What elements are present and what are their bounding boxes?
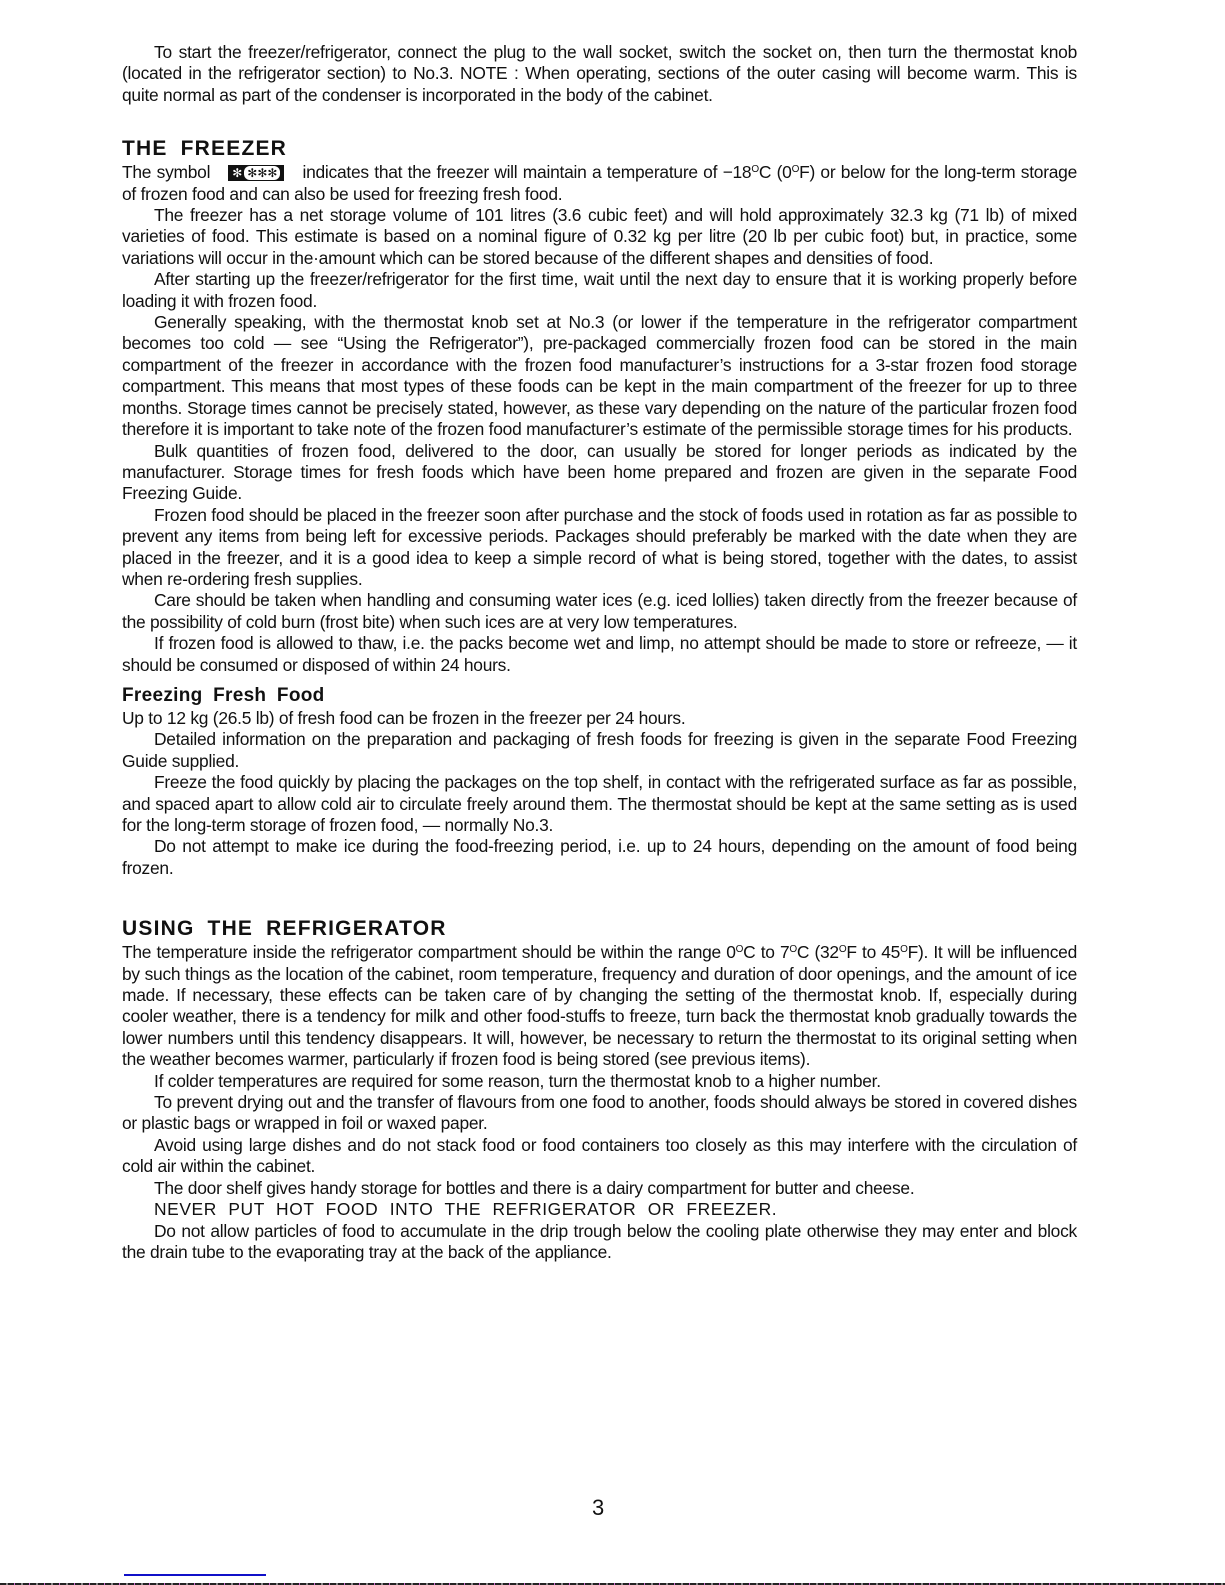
hot-food-warning: NEVER PUT HOT FOOD INTO THE REFRIGERATOR… <box>122 1199 1077 1220</box>
freezer-paragraph: Frozen food should be placed in the free… <box>122 505 1077 591</box>
section-heading-freezer: THE FREEZER <box>122 136 1077 162</box>
freezer-four-star-icon: ✻✻✻✻ <box>228 165 284 181</box>
section-heading-refrigerator: USING THE REFRIGERATOR <box>122 916 1077 942</box>
lead-text: F to 45 <box>846 942 900 962</box>
refrigerator-paragraph: To prevent drying out and the transfer o… <box>122 1092 1077 1135</box>
refrigerator-paragraph: If colder temperatures are required for … <box>122 1071 1077 1092</box>
scan-artifact-line <box>124 1574 266 1576</box>
subsection-heading-freezing-fresh-food: Freezing Fresh Food <box>122 684 1077 708</box>
symbol-text: C (0 <box>759 162 792 182</box>
degree-sign: O <box>789 944 797 955</box>
refrigerator-paragraph: Avoid using large dishes and do not stac… <box>122 1135 1077 1178</box>
symbol-prefix-text: The symbol <box>122 162 210 182</box>
freezer-paragraph: Bulk quantities of frozen food, delivere… <box>122 441 1077 505</box>
page-number: 3 <box>592 1495 604 1521</box>
refrigerator-lead: The temperature inside the refrigerator … <box>122 942 1077 1070</box>
manual-page: To start the freezer/refrigerator, conne… <box>122 42 1077 1263</box>
refrigerator-paragraph: The door shelf gives handy storage for b… <box>122 1178 1077 1199</box>
fresh-food-paragraph: Detailed information on the preparation … <box>122 729 1077 772</box>
big-star-icon: ✻ <box>232 166 242 180</box>
three-star-icon: ✻✻✻ <box>244 166 280 180</box>
symbol-paragraph: The symbol✻✻✻✻indicates that the freezer… <box>122 162 1077 205</box>
freezer-paragraph: Care should be taken when handling and c… <box>122 590 1077 633</box>
freezer-paragraph: The freezer has a net storage volume of … <box>122 205 1077 269</box>
fresh-food-lead: Up to 12 kg (26.5 lb) of fresh food can … <box>122 708 1077 729</box>
fresh-food-paragraph: Freeze the food quickly by placing the p… <box>122 772 1077 836</box>
lead-text: C (32 <box>797 942 839 962</box>
lead-text: The temperature inside the refrigerator … <box>122 942 736 962</box>
symbol-text: indicates that the freezer will maintain… <box>302 162 751 182</box>
degree-sign: O <box>751 164 759 175</box>
freezer-paragraph: After starting up the freezer/refrigerat… <box>122 269 1077 312</box>
refrigerator-final-paragraph: Do not allow particles of food to accumu… <box>122 1221 1077 1264</box>
freezer-paragraph: Generally speaking, with the thermostat … <box>122 312 1077 440</box>
lead-text: C to 7 <box>743 942 789 962</box>
degree-sign: O <box>792 164 800 175</box>
degree-sign: O <box>900 944 908 955</box>
fresh-food-paragraph: Do not attempt to make ice during the fo… <box>122 836 1077 879</box>
intro-paragraph: To start the freezer/refrigerator, conne… <box>122 42 1077 106</box>
freezer-paragraph: If frozen food is allowed to thaw, i.e. … <box>122 633 1077 676</box>
